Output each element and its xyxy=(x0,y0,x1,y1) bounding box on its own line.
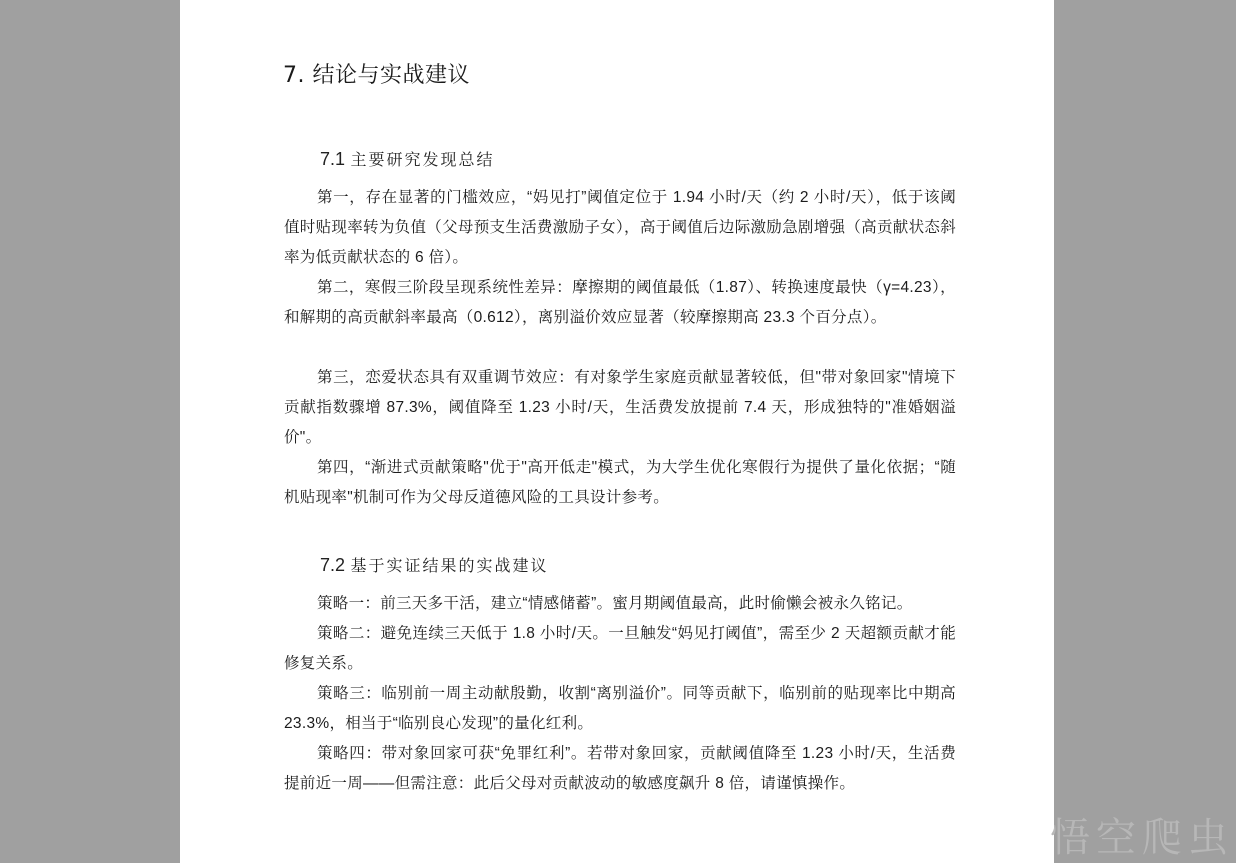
subsection-heading-7-1: 7.1 主要研究发现总结 xyxy=(320,147,494,170)
section-title: 7. 结论与实战建议 xyxy=(283,58,470,89)
subsection-heading-7-2: 7.2 基于实证结果的实战建议 xyxy=(320,553,548,576)
document-page: 7. 结论与实战建议 7.1 主要研究发现总结 第一，存在显著的门槛效应，“妈见… xyxy=(180,0,1054,863)
paragraph-strategy-1: 策略一：前三天多干活，建立“情感储蓄”。蜜月期阈值最高，此时偷懒会被永久铭记。 xyxy=(284,589,956,619)
paragraph-strategy-4: 策略四：带对象回家可获“免罪红利”。若带对象回家，贡献阈值降至 1.23 小时/… xyxy=(284,739,956,799)
subsection-number: 7.1 xyxy=(320,149,345,169)
paragraph-strategy-3: 策略三：临别前一周主动献殷勤，收割“离别溢价”。同等贡献下，临别前的贴现率比中期… xyxy=(284,679,956,739)
paragraph-finding-1: 第一，存在显著的门槛效应，“妈见打”阈值定位于 1.94 小时/天（约 2 小时… xyxy=(284,183,956,273)
paragraph-finding-4: 第四，“渐进式贡献策略"优于"高开低走"模式，为大学生优化寒假行为提供了量化依据… xyxy=(284,453,956,513)
paragraph-finding-3: 第三，恋爱状态具有双重调节效应：有对象学生家庭贡献显著较低，但"带对象回家"情境… xyxy=(284,363,956,453)
paragraph-finding-2: 第二，寒假三阶段呈现系统性差异：摩擦期的阈值最低（1.87）、转换速度最快（γ=… xyxy=(284,273,956,333)
paragraph-strategy-2: 策略二：避免连续三天低于 1.8 小时/天。一旦触发“妈见打阈值”，需至少 2 … xyxy=(284,619,956,679)
watermark-text: 悟空爬虫 xyxy=(1050,806,1234,863)
subsection-title: 基于实证结果的实战建议 xyxy=(350,556,548,575)
subsection-number: 7.2 xyxy=(320,555,345,575)
subsection-title: 主要研究发现总结 xyxy=(350,150,494,169)
